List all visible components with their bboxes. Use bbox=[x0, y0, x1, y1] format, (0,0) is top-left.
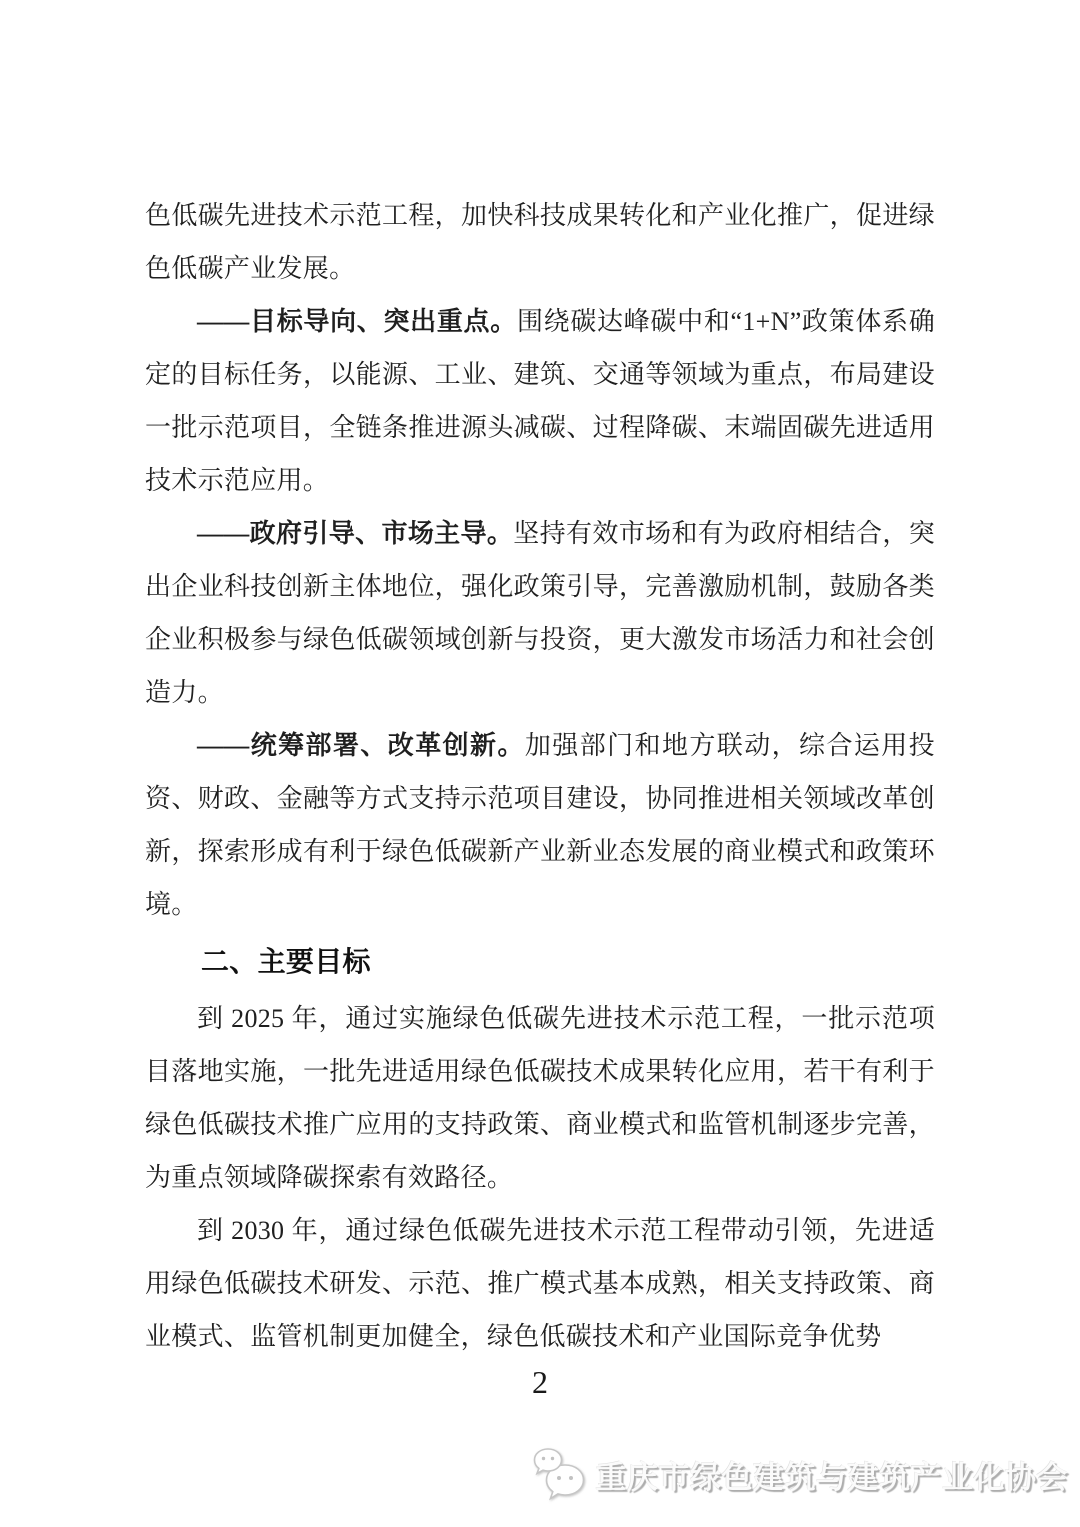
association-watermark: 重庆市绿色建筑与建筑产业化协会 bbox=[532, 1446, 1069, 1509]
paragraph: ——政府引导、市场主导。坚持有效市场和有为政府相结合，突出企业科技创新主体地位，… bbox=[145, 507, 935, 719]
section-heading: 二、主要目标 bbox=[145, 935, 935, 988]
paragraph-lead: ——统筹部署、改革创新。 bbox=[197, 731, 525, 760]
paragraph: ——统筹部署、改革创新。加强部门和地方联动，综合运用投资、财政、金融等方式支持示… bbox=[145, 719, 935, 931]
document-page: 色低碳先进技术示范工程，加快科技成果转化和产业化推广，促进绿色低碳产业发展。——… bbox=[0, 0, 1080, 1527]
wechat-icon bbox=[532, 1446, 588, 1509]
paragraph-lead: ——目标导向、突出重点。 bbox=[197, 307, 517, 336]
paragraph: 到 2030 年，通过绿色低碳先进技术示范工程带动引领，先进适用绿色低碳技术研发… bbox=[145, 1204, 935, 1363]
paragraph-lead: ——政府引导、市场主导。 bbox=[197, 519, 513, 548]
page-number: 2 bbox=[0, 1362, 1080, 1402]
document-body: 色低碳先进技术示范工程，加快科技成果转化和产业化推广，促进绿色低碳产业发展。——… bbox=[145, 189, 935, 1363]
paragraph: 到 2025 年，通过实施绿色低碳先进技术示范工程，一批示范项目落地实施，一批先… bbox=[145, 992, 935, 1204]
watermark-text: 重庆市绿色建筑与建筑产业化协会 bbox=[596, 1449, 1069, 1507]
paragraph: ——目标导向、突出重点。围绕碳达峰碳中和“1+N”政策体系确定的目标任务，以能源… bbox=[145, 295, 935, 507]
paragraph: 色低碳先进技术示范工程，加快科技成果转化和产业化推广，促进绿色低碳产业发展。 bbox=[145, 189, 935, 295]
